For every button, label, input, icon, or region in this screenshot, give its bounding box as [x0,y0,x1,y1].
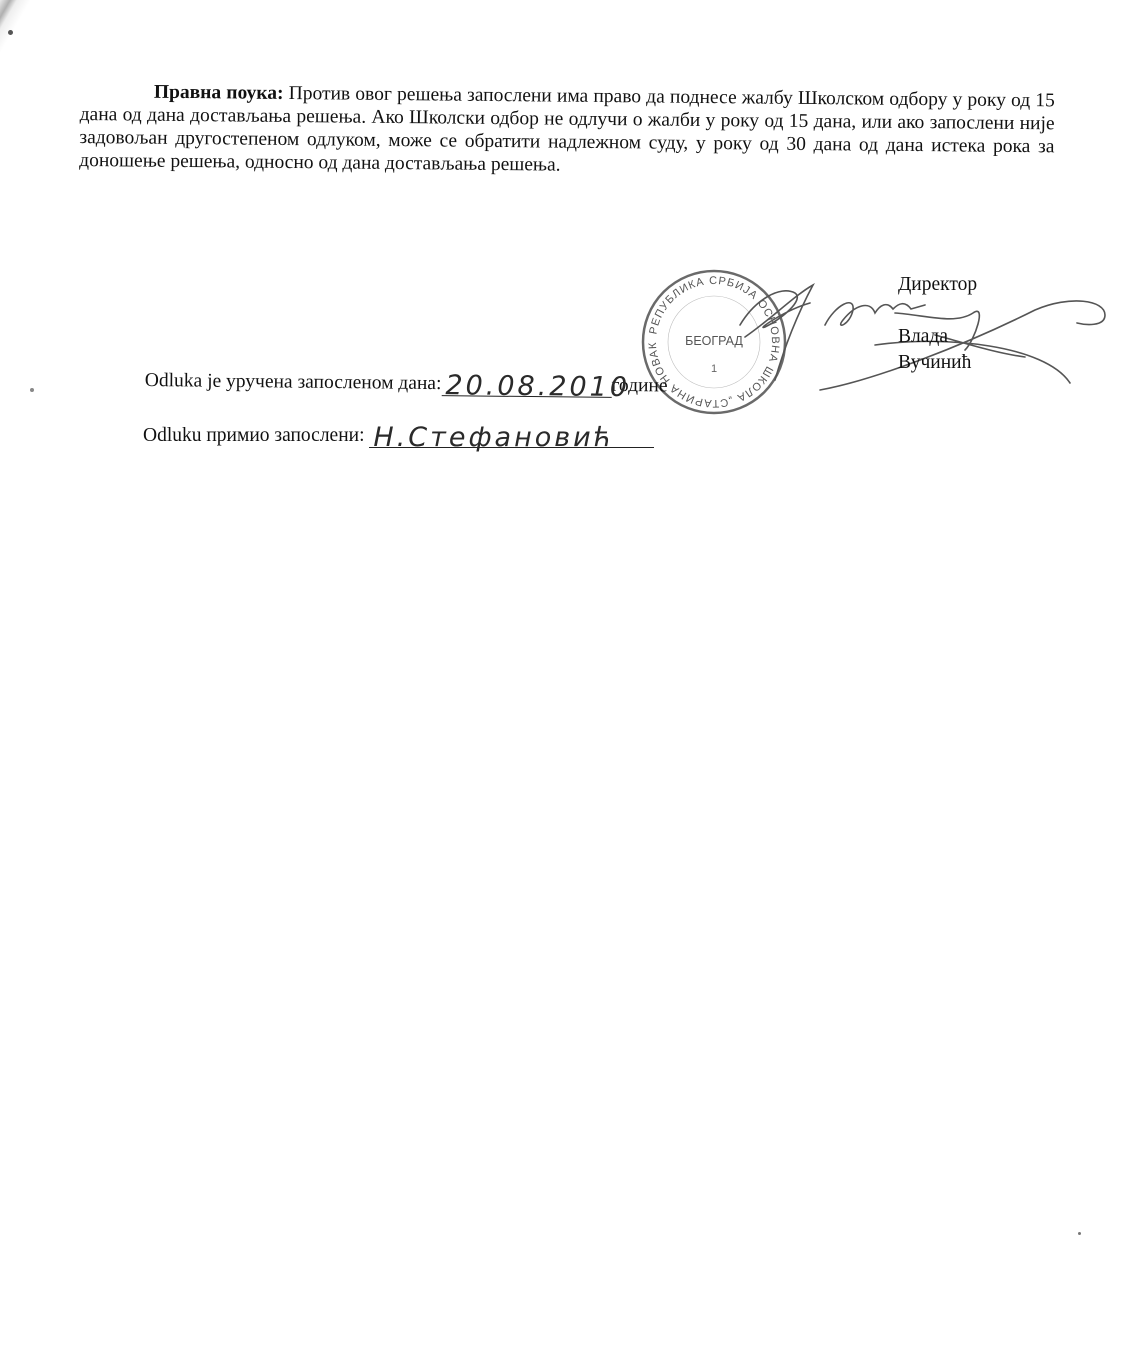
receipt-label: Odluku примио запослени: [143,425,365,446]
signatory-block: Директор Влада Вучинић [898,272,977,376]
delivery-date-line: Odluka је уручена запосленом дана:20.08.… [145,368,668,398]
signatory-first-name: Влада [898,324,977,350]
document-page: Правна поука: Против овог решења запосле… [0,0,1130,1353]
employee-signature-field: Н.Стефановић [369,423,654,448]
scan-dot-artifact [8,30,13,35]
signatory-title: Директор [898,272,977,298]
delivery-date-field: 20.08.2010 [441,371,611,398]
scan-edge-artifact [0,0,35,53]
legal-notice: Правна поука: Против овог решења запосле… [79,80,1055,181]
receipt-line: Odluku примио запослени: Н.Стефановић [143,423,654,448]
delivery-label: Odluka је уручена запосленом дана: [145,370,442,394]
signatory-last-name: Вучинић [898,350,977,376]
legal-notice-heading: Правна поука: [154,82,284,104]
handwritten-date: 20.08.2010 [445,374,630,400]
employee-handwritten-signature: Н.Стефановић [373,426,614,450]
svg-text:1: 1 [711,363,717,375]
scan-dot-artifact [1078,1232,1081,1235]
scan-dot-artifact [30,388,34,392]
